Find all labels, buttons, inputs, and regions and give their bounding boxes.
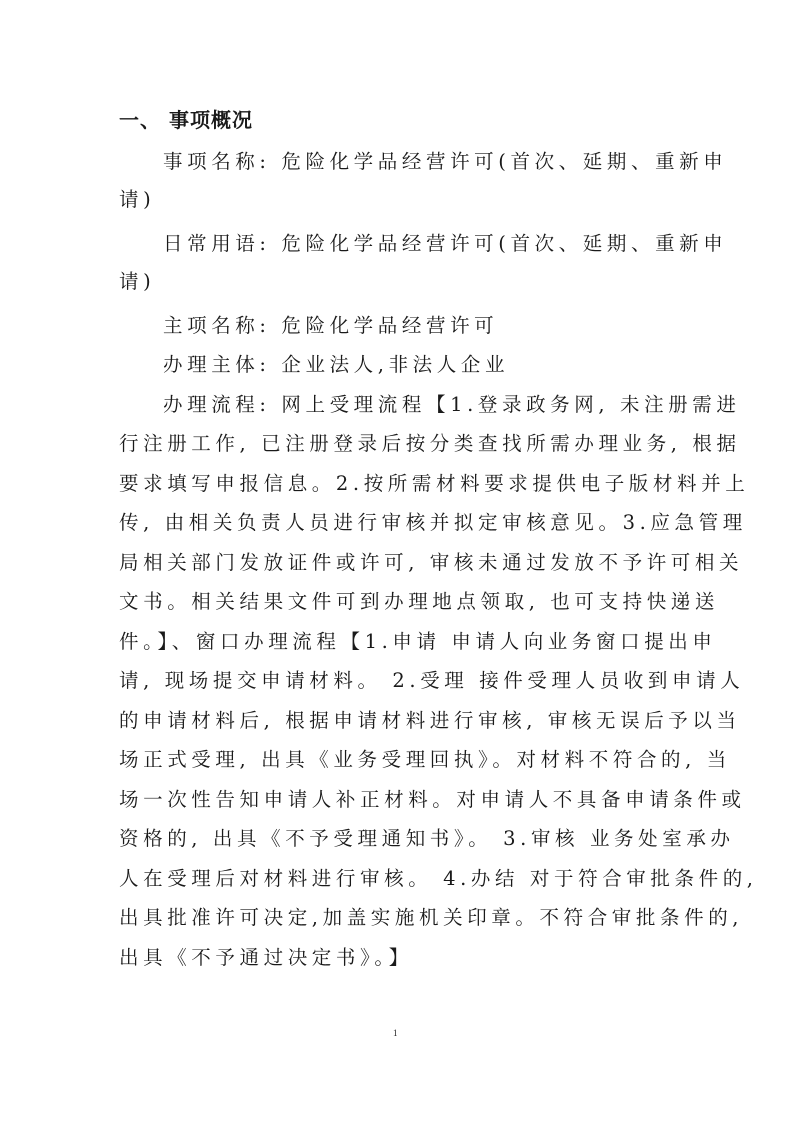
- main-item-name-line: 主项名称: 危险化学品经营许可: [163, 314, 718, 338]
- process-line: 出具批准许可决定,加盖实施机关印章。不符合审批条件的,: [119, 906, 674, 930]
- process-line: 传, 由相关负责人员进行审核并拟定审核意见。3.应急管理: [119, 511, 674, 535]
- item-name-line: 事项名称: 危险化学品经营许可(首次、延期、重新申: [163, 150, 718, 174]
- common-term-line-wrap: 请): [119, 270, 674, 294]
- process-line: 人在受理后对材料进行审核。 4.办结 对于符合审批条件的,: [119, 867, 674, 891]
- process-line: 场正式受理, 出具《业务受理回执》。对材料不符合的, 当: [119, 748, 674, 772]
- process-line: 要求填写申报信息。2.按所需材料要求提供电子版材料并上: [119, 472, 674, 496]
- page-number: 1: [393, 1028, 398, 1038]
- process-line: 件。】、窗口办理流程【1.申请 申请人向业务窗口提出申: [119, 630, 674, 654]
- process-line: 场一次性告知申请人补正材料。对申请人不具备申请条件或: [119, 788, 674, 812]
- process-line: 文书。相关结果文件可到办理地点领取, 也可支持快递送: [119, 590, 674, 614]
- process-line: 的申请材料后, 根据申请材料进行审核, 审核无误后予以当: [119, 709, 674, 733]
- handling-subject-line: 办理主体: 企业法人,非法人企业: [163, 353, 718, 377]
- process-line: 出具《不予通过决定书》。】: [119, 946, 674, 970]
- process-line: 行注册工作, 已注册登录后按分类查找所需办理业务, 根据: [119, 432, 674, 456]
- process-line: 办理流程: 网上受理流程【1.登录政务网, 未注册需进: [163, 393, 718, 417]
- item-name-line-wrap: 请): [119, 188, 674, 212]
- common-term-line: 日常用语: 危险化学品经营许可(首次、延期、重新申: [163, 232, 718, 256]
- section-heading: 一、 事项概况: [119, 104, 253, 133]
- process-line: 局相关部门发放证件或许可, 审核未通过发放不予许可相关: [119, 551, 674, 575]
- document-page: 一、 事项概况 事项名称: 危险化学品经营许可(首次、延期、重新申 请) 日常用…: [0, 0, 793, 1122]
- process-line: 资格的, 出具《不予受理通知书》。 3.审核 业务处室承办: [119, 827, 674, 851]
- process-line: 请, 现场提交申请材料。 2.受理 接件受理人员收到申请人: [119, 669, 674, 693]
